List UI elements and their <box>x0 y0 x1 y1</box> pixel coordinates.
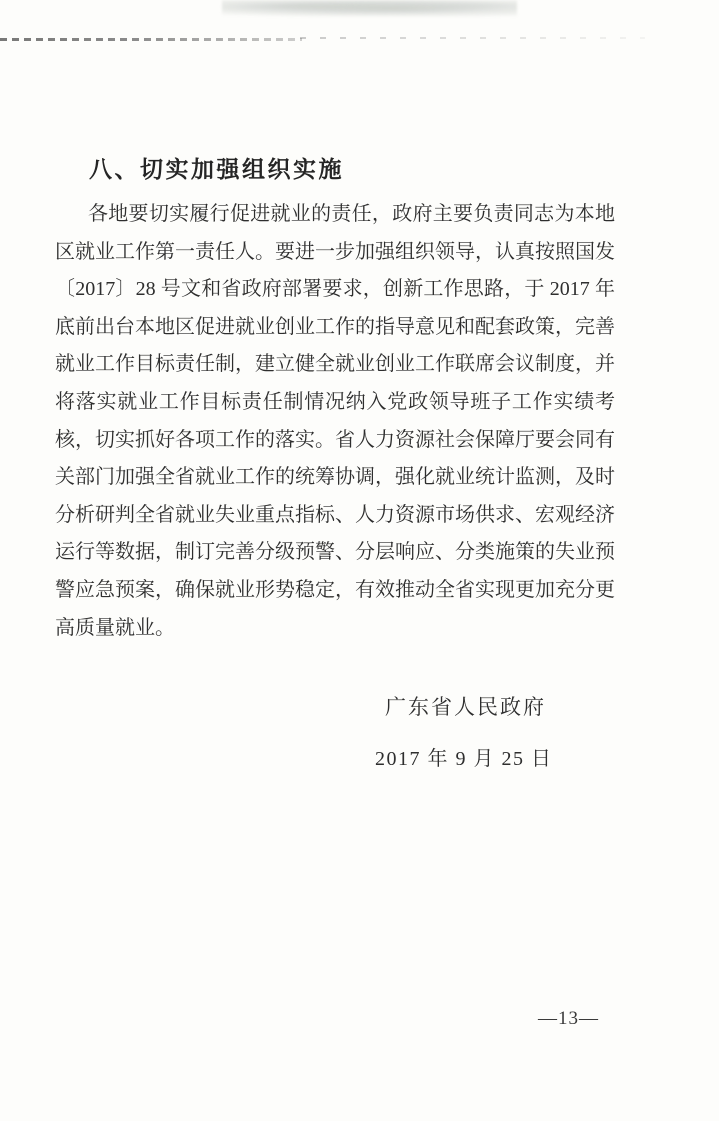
scan-dashed-line-artifact <box>0 38 302 41</box>
body-line: 核，切实抓好各项工作的落实。省人力资源社会保障厅要会同有 <box>55 422 615 460</box>
body-line: 各地要切实履行促进就业的责任，政府主要负责同志为本地 <box>55 196 615 234</box>
body-line: 就业工作目标责任制，建立健全就业创业工作联席会议制度，并 <box>55 346 615 384</box>
scan-smudge-artifact <box>222 0 517 17</box>
signature-date: 2017 年 9 月 25 日 <box>375 742 553 771</box>
body-line: 将落实就业工作目标责任制情况纳入党政领导班子工作实绩考 <box>55 384 615 422</box>
body-line: 分析研判全省就业失业重点指标、人力资源市场供求、宏观经济 <box>55 497 615 535</box>
body-line: 〔2017〕28 号文和省政府部署要求，创新工作思路，于 2017 年 <box>55 271 615 309</box>
section-heading: 八、切实加强组织实施 <box>89 151 344 184</box>
scanned-document-page: 八、切实加强组织实施 各地要切实履行促进就业的责任，政府主要负责同志为本地 区就… <box>0 0 719 1121</box>
body-line: 关部门加强全省就业工作的统筹协调，强化就业统计监测，及时 <box>55 459 615 497</box>
body-line: 高质量就业。 <box>55 610 615 648</box>
body-line: 运行等数据，制订完善分级预警、分层响应、分类施策的失业预 <box>55 534 615 572</box>
body-line: 区就业工作第一责任人。要进一步加强组织领导，认真按照国发 <box>55 234 615 272</box>
body-line: 底前出台本地区促进就业创业工作的指导意见和配套政策，完善 <box>55 309 615 347</box>
page-number: —13— <box>538 1008 599 1030</box>
signature-agency: 广东省人民政府 <box>385 691 546 721</box>
body-paragraph: 各地要切实履行促进就业的责任，政府主要负责同志为本地 区就业工作第一责任人。要进… <box>55 196 615 647</box>
body-line: 警应急预案，确保就业形势稳定，有效推动全省实现更加充分更 <box>55 572 615 610</box>
scan-dashed-line-faint-artifact <box>300 37 645 39</box>
